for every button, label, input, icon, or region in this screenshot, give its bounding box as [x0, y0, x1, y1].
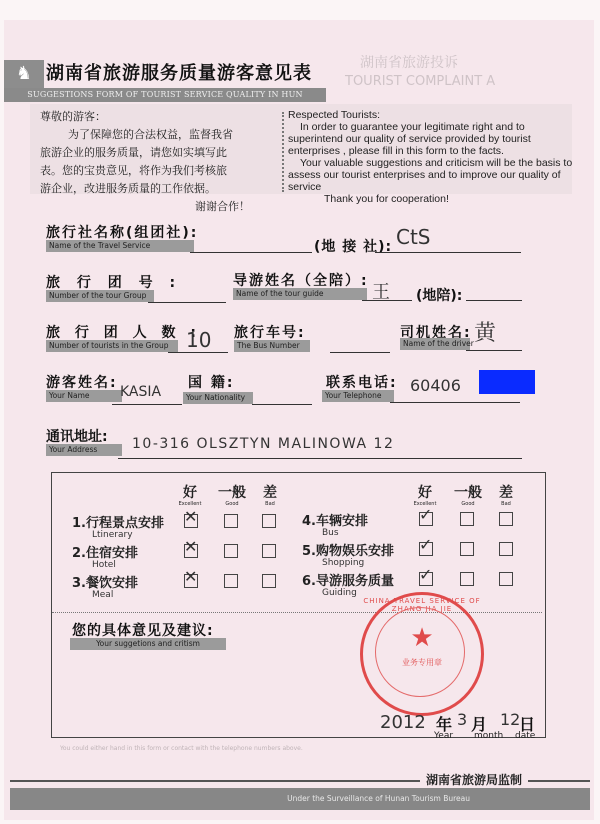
- address-label-en: Your Address: [46, 444, 122, 456]
- tour-group-label-en: Number of the tour Group: [46, 290, 154, 302]
- suggestions-label: 您的具体意见及建议:: [72, 620, 214, 640]
- travel-service-label: 旅行社名称(组团社):: [46, 222, 198, 242]
- suggestions-label-en: Your suggetions and critism: [70, 638, 226, 650]
- rating-item-meal-en: Meal: [92, 590, 113, 600]
- checkbox-guiding-good[interactable]: [460, 572, 474, 586]
- tourist-name-label: 游客姓名:: [46, 372, 118, 392]
- checkbox-hotel-good[interactable]: [224, 544, 238, 558]
- date-month-en: month: [474, 731, 503, 741]
- footer-authority-en: Under the Surveillance of Hunan Tourism …: [287, 794, 470, 803]
- travel-service-label-en: Name of the Travel Service: [46, 240, 194, 252]
- rating-item-guiding-en: Guiding: [322, 588, 357, 598]
- rating-item-shopping-en: Shopping: [322, 558, 364, 568]
- letter-cn-line: 表。您的宝贵意见，将作为我们考核旅: [40, 162, 250, 180]
- tourist-name-field[interactable]: [112, 404, 182, 405]
- checkbox-ltinerary-excellent[interactable]: ✕: [184, 514, 198, 528]
- group-size-value: 10: [186, 328, 211, 352]
- telephone-value: 60406: [410, 376, 461, 395]
- date-year: 2012: [380, 712, 426, 733]
- col-excellent-right: 好Excellent: [413, 482, 437, 507]
- rating-item-meal: 3.餐饮安排: [72, 572, 138, 591]
- nationality-label: 国 籍:: [188, 372, 234, 392]
- date-year-en: Year: [434, 731, 453, 741]
- telephone-label-en: Your Telephone: [322, 390, 394, 402]
- form-title: 湖南省旅游服务质量游客意见表: [46, 59, 312, 85]
- letter-cn-line: 为了保障您的合法权益，监督我省: [40, 126, 250, 144]
- star-icon: ★: [363, 625, 481, 651]
- horse-icon: ♞: [4, 60, 44, 88]
- ghost-title: 湖南省旅游投诉: [360, 52, 458, 72]
- checkbox-ltinerary-bad[interactable]: [262, 514, 276, 528]
- tour-group-field[interactable]: [148, 302, 226, 303]
- cross-mark-icon: ✕: [184, 509, 197, 525]
- address-label: 通讯地址:: [46, 426, 108, 446]
- tourist-name-value: KASIA: [120, 384, 161, 400]
- group-size-field[interactable]: [168, 352, 228, 353]
- check-mark-icon: ✓: [419, 507, 432, 523]
- col-bad-left: 差Bad: [258, 482, 282, 507]
- ghost-subtitle: TOURIST COMPLAINT A: [345, 74, 495, 89]
- tour-guide-value: 王: [372, 278, 390, 304]
- bus-number-label: 旅行车号:: [234, 322, 306, 342]
- col-good-right: 一般Good: [450, 482, 486, 507]
- driver-name-label-en: Name of the driver: [400, 338, 470, 350]
- address-field[interactable]: [118, 458, 522, 459]
- local-agency-field[interactable]: [375, 252, 521, 253]
- tourist-name-label-en: Your Name: [46, 390, 122, 402]
- checkbox-shopping-excellent[interactable]: ✓: [419, 542, 433, 556]
- telephone-field[interactable]: [390, 402, 520, 403]
- checkbox-guiding-excellent[interactable]: ✓: [419, 572, 433, 586]
- cross-mark-icon: ✕: [184, 569, 197, 585]
- rating-item-shopping: 5.购物娱乐安排: [302, 540, 394, 559]
- checkbox-ltinerary-good[interactable]: [224, 514, 238, 528]
- checkbox-bus-bad[interactable]: [499, 512, 513, 526]
- local-guide-label: (地陪):: [416, 285, 462, 305]
- group-size-label-en: Number of tourists in the Group: [46, 340, 178, 352]
- driver-name-value: 黄: [474, 316, 496, 347]
- letter-cn-closing: 谢谢合作！: [40, 198, 250, 216]
- check-mark-icon: ✓: [419, 567, 432, 583]
- letter-english: Respected Tourists: In order to guarante…: [288, 109, 578, 205]
- col-excellent-left: 好Excellent: [178, 482, 202, 507]
- form-header: ♞ 湖南省旅游服务质量游客意见表 SUGGESTIONS FORM OF TOU…: [4, 57, 324, 105]
- letter-cn-line: 游企业，改进服务质量的工作依据。: [40, 180, 250, 198]
- checkbox-bus-good[interactable]: [460, 512, 474, 526]
- cross-mark-icon: ✕: [184, 539, 197, 555]
- letter-en-para2: Your valuable suggestions and criticism …: [288, 157, 578, 193]
- nationality-field[interactable]: [252, 404, 312, 405]
- telephone-redaction: [479, 370, 535, 394]
- rating-item-guiding: 6.导游服务质量: [302, 570, 394, 589]
- company-stamp: CHINA TRAVEL SERVICE OF ZHANG JIA JIE ★ …: [360, 592, 484, 716]
- rating-item-hotel-en: Hotel: [92, 560, 116, 570]
- letter-divider: [282, 112, 284, 192]
- date-day: 12: [500, 710, 520, 729]
- checkbox-guiding-bad[interactable]: [499, 572, 513, 586]
- footer-notice: You could either hand in this form or co…: [60, 745, 303, 752]
- checkbox-shopping-good[interactable]: [460, 542, 474, 556]
- rating-item-itinerary-en: Ltinerary: [92, 530, 133, 540]
- bus-number-field[interactable]: [330, 352, 390, 353]
- checkbox-meal-bad[interactable]: [262, 574, 276, 588]
- local-guide-field[interactable]: [466, 300, 522, 301]
- checkbox-meal-good[interactable]: [224, 574, 238, 588]
- letter-cn-salutation: 尊敬的游客：: [40, 108, 250, 126]
- bus-number-label-en: The Bus Number: [234, 340, 310, 352]
- stamp-center-text: 业务专用章: [363, 657, 481, 668]
- col-good-left: 一般Good: [214, 482, 250, 507]
- letter-cn-line: 旅游企业的服务质量，请您如实填写此: [40, 144, 250, 162]
- rating-item-bus-en: Bus: [322, 528, 339, 538]
- form-subtitle: SUGGESTIONS FORM OF TOURIST SERVICE QUAL…: [4, 88, 326, 102]
- tour-guide-label-en: Name of the tour guide: [233, 288, 367, 300]
- date-day-en: date: [515, 731, 535, 741]
- col-bad-right: 差Bad: [494, 482, 518, 507]
- group-size-label: 旅 行 团 人 数 :: [46, 322, 201, 342]
- rating-item-hotel: 2.住宿安排: [72, 542, 138, 561]
- address-value: 10-316 OLSZTYN MALINOWA 12: [132, 436, 394, 452]
- nationality-label-en: Your Nationality: [183, 392, 253, 404]
- checkbox-shopping-bad[interactable]: [499, 542, 513, 556]
- tour-guide-label: 导游姓名（全陪）:: [233, 270, 369, 290]
- date-month: 3: [457, 710, 467, 729]
- footer-authority-cn: 湖南省旅游局监制: [420, 771, 528, 788]
- travel-service-field[interactable]: [190, 252, 312, 253]
- rating-item-bus: 4.车辆安排: [302, 510, 368, 529]
- letter-en-para1: In order to guarantee your legitimate ri…: [288, 121, 578, 157]
- checkbox-hotel-bad[interactable]: [262, 544, 276, 558]
- footer-band: Under the Surveillance of Hunan Tourism …: [10, 788, 590, 810]
- driver-name-field[interactable]: [466, 350, 522, 351]
- local-agency-label: (地 接 社):: [314, 236, 392, 256]
- rating-item-itinerary: 1.行程景点安排: [72, 512, 164, 531]
- local-agency-value: CtS: [396, 225, 431, 249]
- telephone-label: 联系电话:: [326, 372, 398, 392]
- tour-group-label: 旅 行 团 号 :: [46, 272, 181, 292]
- letter-chinese: 尊敬的游客： 为了保障您的合法权益，监督我省 旅游企业的服务质量，请您如实填写此…: [40, 108, 250, 216]
- letter-en-closing: Thank you for cooperation!: [288, 193, 578, 205]
- checkbox-meal-excellent[interactable]: ✕: [184, 574, 198, 588]
- checkbox-bus-excellent[interactable]: ✓: [419, 512, 433, 526]
- check-mark-icon: ✓: [419, 537, 432, 553]
- letter-en-salutation: Respected Tourists:: [288, 109, 578, 121]
- checkbox-hotel-excellent[interactable]: ✕: [184, 544, 198, 558]
